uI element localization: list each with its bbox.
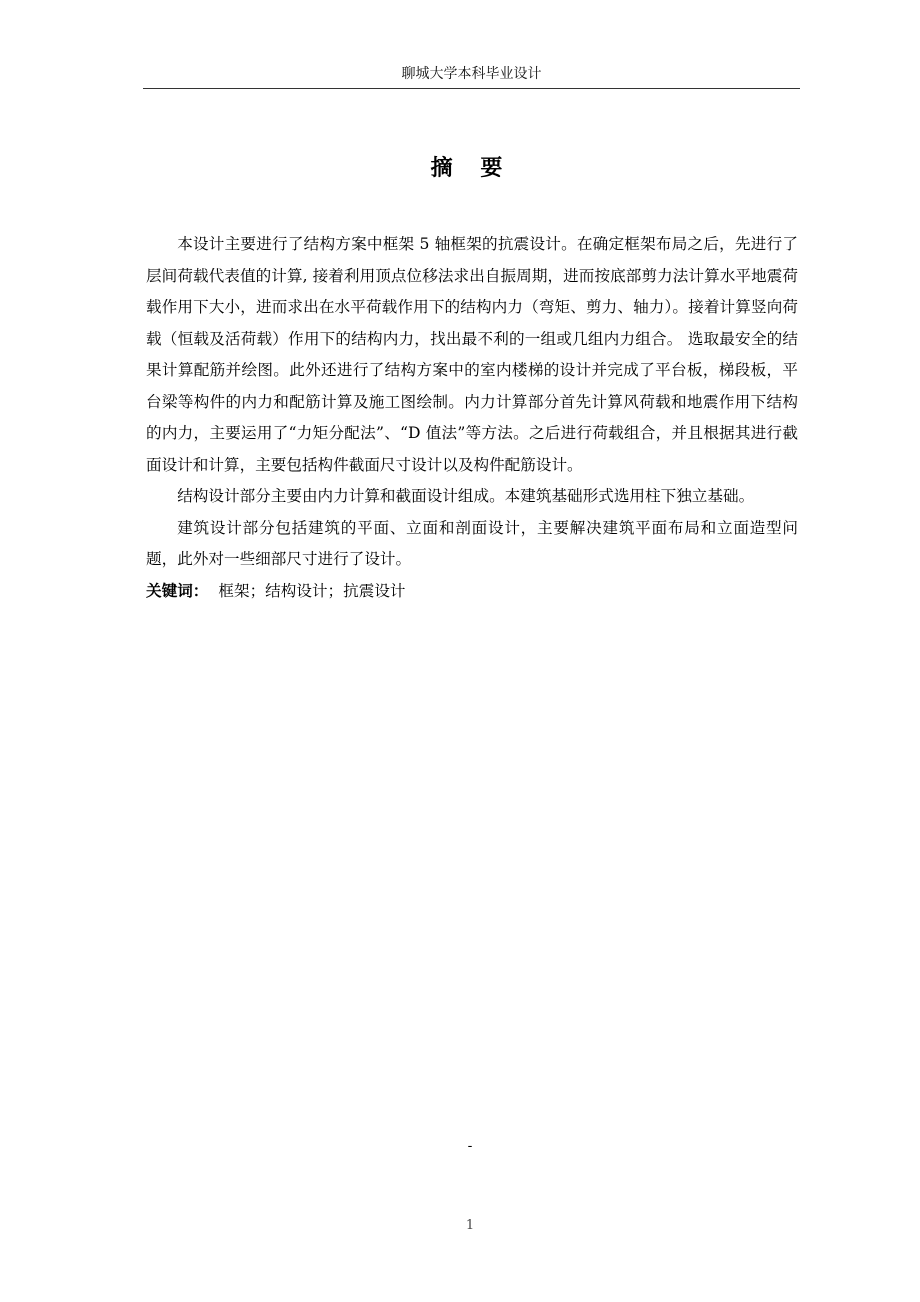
page-number: 1 [0,1218,920,1233]
header-divider [143,88,800,89]
keywords-label: 关键词： [146,582,208,600]
abstract-body: 本设计主要进行了结构方案中框架 5 轴框架的抗震设计。在确定框架布局之后，先进行… [146,229,798,607]
keywords-value: 框架；结构设计；抗震设计 [218,582,405,600]
page-title: 摘 要 [143,152,800,186]
keywords-line: 关键词：框架；结构设计；抗震设计 [146,576,798,608]
abstract-paragraph: 本设计主要进行了结构方案中框架 5 轴框架的抗震设计。在确定框架布局之后，先进行… [146,229,798,481]
running-header: 聊城大学本科毕业设计 [143,64,800,84]
footer-dash: - [0,1138,920,1154]
abstract-paragraph: 结构设计部分主要由内力计算和截面设计组成。本建筑基础形式选用柱下独立基础。 [146,481,798,513]
abstract-paragraph: 建筑设计部分包括建筑的平面、立面和剖面设计，主要解决建筑平面布局和立面造型问题，… [146,513,798,576]
